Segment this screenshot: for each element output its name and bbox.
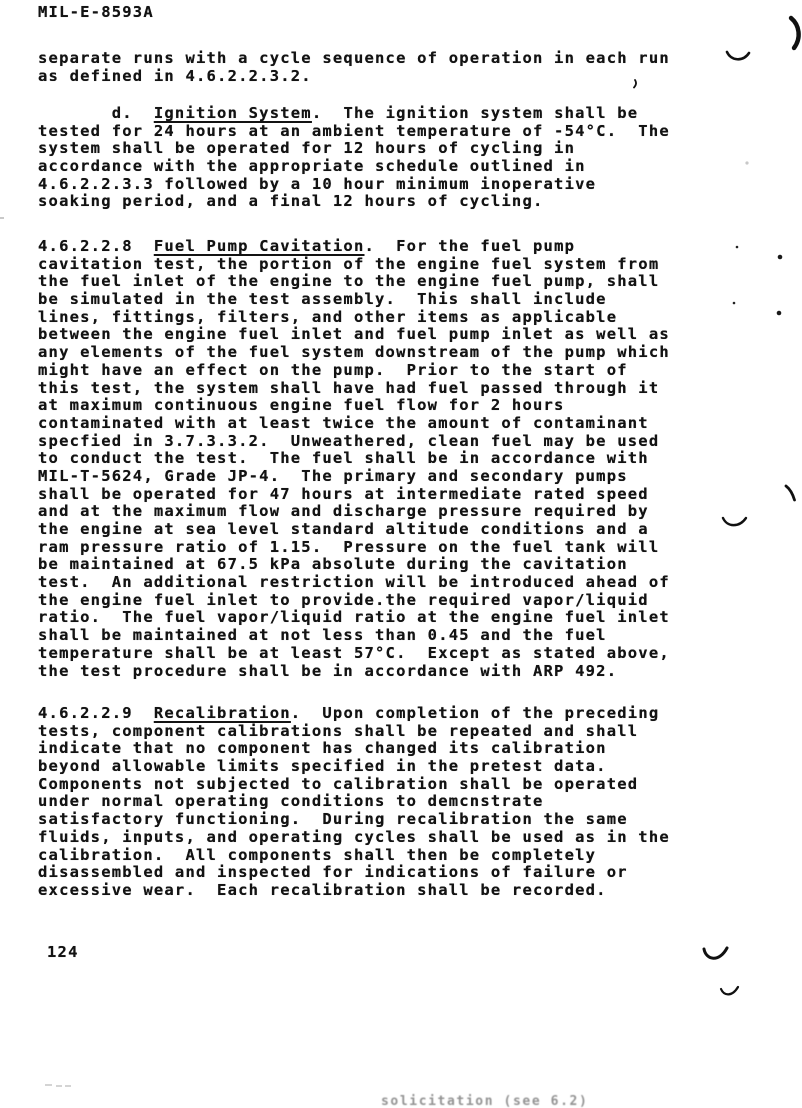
- text-line: at maximum continuous engine fuel flow f…: [38, 397, 670, 415]
- footer-text-fragment: solicitation (see 6.2): [381, 1094, 588, 1108]
- text-line: calibration. All components shall then b…: [38, 847, 670, 865]
- text-line: disassembled and inspected for indicatio…: [38, 864, 670, 882]
- text-line: any elements of the fuel system downstre…: [38, 344, 670, 362]
- text-line: satisfactory functioning. During recalib…: [38, 811, 670, 829]
- text-line: lines, fittings, filters, and other item…: [38, 309, 670, 327]
- curve-scan-mark-bottom-2: [721, 987, 738, 994]
- text-line: as defined in 4.6.2.2.3.2.: [38, 68, 670, 86]
- paragraph-intro: separate runs with a cycle sequence of o…: [38, 50, 670, 85]
- text-line: ratio. The fuel vapor/liquid ratio at th…: [38, 609, 670, 627]
- text-line: contaminated with at least twice the amo…: [38, 415, 670, 433]
- text-line: system shall be operated for 12 hours of…: [38, 140, 670, 158]
- text-line: and at the maximum flow and discharge pr…: [38, 503, 670, 521]
- text-line: separate runs with a cycle sequence of o…: [38, 50, 670, 68]
- curve-scan-mark-bottom-1: [704, 948, 727, 958]
- text-line: temperature shall be at least 57°C. Exce…: [38, 645, 670, 663]
- ink-dot-4: [777, 311, 782, 316]
- paragraph-recalibration: 4.6.2.2.9 Recalibration. Upon completion…: [38, 705, 670, 900]
- text-line: ram pressure ratio of 1.15. Pressure on …: [38, 539, 670, 557]
- text-line: excessive wear. Each recalibration shall…: [38, 882, 670, 900]
- text-line: between the engine fuel inlet and fuel p…: [38, 326, 670, 344]
- text-line: tested for 24 hours at an ambient temper…: [38, 123, 670, 141]
- text-line: soaking period, and a final 12 hours of …: [38, 193, 670, 211]
- curve-scan-mark-top: [727, 52, 749, 59]
- text-line: the engine fuel inlet to provide.the req…: [38, 592, 670, 610]
- left-edge-tick: [0, 217, 4, 219]
- speck-faint: [745, 161, 748, 164]
- text-line: the fuel inlet of the engine to the engi…: [38, 273, 670, 291]
- text-line: might have an effect on the pump. Prior …: [38, 362, 670, 380]
- text-line: 4.6.2.2.9 Recalibration. Upon completion…: [38, 705, 670, 723]
- text-line: to conduct the test. The fuel shall be i…: [38, 450, 670, 468]
- text-line: cavitation test, the portion of the engi…: [38, 256, 670, 274]
- text-line: beyond allowable limits specified in the…: [38, 758, 670, 776]
- paragraph-fuel-pump-cavitation: 4.6.2.2.8 Fuel Pump Cavitation. For the …: [38, 238, 670, 680]
- text-line: tests, component calibrations shall be r…: [38, 723, 670, 741]
- text-line: the test procedure shall be in accordanc…: [38, 663, 670, 681]
- text-line: MIL-T-5624, Grade JP-4. The primary and …: [38, 468, 670, 486]
- ink-dot-3: [733, 302, 736, 305]
- text-line: shall be maintained at not less than 0.4…: [38, 627, 670, 645]
- text-line: under normal operating conditions to dem…: [38, 793, 670, 811]
- text-line: accordance with the appropriate schedule…: [38, 158, 670, 176]
- text-line: d. Ignition System. The ignition system …: [38, 105, 670, 123]
- text-line: fluids, inputs, and operating cycles sha…: [38, 829, 670, 847]
- text-line: the engine at sea level standard altitud…: [38, 521, 670, 539]
- curve-scan-mark-mid: [723, 518, 746, 525]
- text-line: 4.6.2.2.3.3 followed by a 10 hour minimu…: [38, 176, 670, 194]
- paragraph-ignition-system: d. Ignition System. The ignition system …: [38, 105, 670, 211]
- text-line: 4.6.2.2.8 Fuel Pump Cavitation. For the …: [38, 238, 670, 256]
- text-line: shall be operated for 47 hours at interm…: [38, 486, 670, 504]
- ink-dot-1: [736, 246, 739, 249]
- faint-dashes: [45, 1085, 71, 1086]
- text-line: indicate that no component has changed i…: [38, 740, 670, 758]
- paren-scan-mark: [791, 18, 799, 48]
- text-line: be simulated in the test assembly. This …: [38, 291, 670, 309]
- text-line: this test, the system shall have had fue…: [38, 380, 670, 398]
- text-line: specfied in 3.7.3.3.2. Unweathered, clea…: [38, 433, 670, 451]
- text-line: test. An additional restriction will be …: [38, 574, 670, 592]
- slash-scan-mark: [786, 486, 795, 500]
- document-page: MIL-E-8593A separate runs with a cycle s…: [0, 0, 802, 1108]
- text-line: Components not subjected to calibration …: [38, 776, 670, 794]
- ink-dot-2: [778, 255, 783, 260]
- page-number: 124: [47, 943, 79, 961]
- text-line: be maintained at 67.5 kPa absolute durin…: [38, 556, 670, 574]
- doc-number: MIL-E-8593A: [38, 3, 154, 21]
